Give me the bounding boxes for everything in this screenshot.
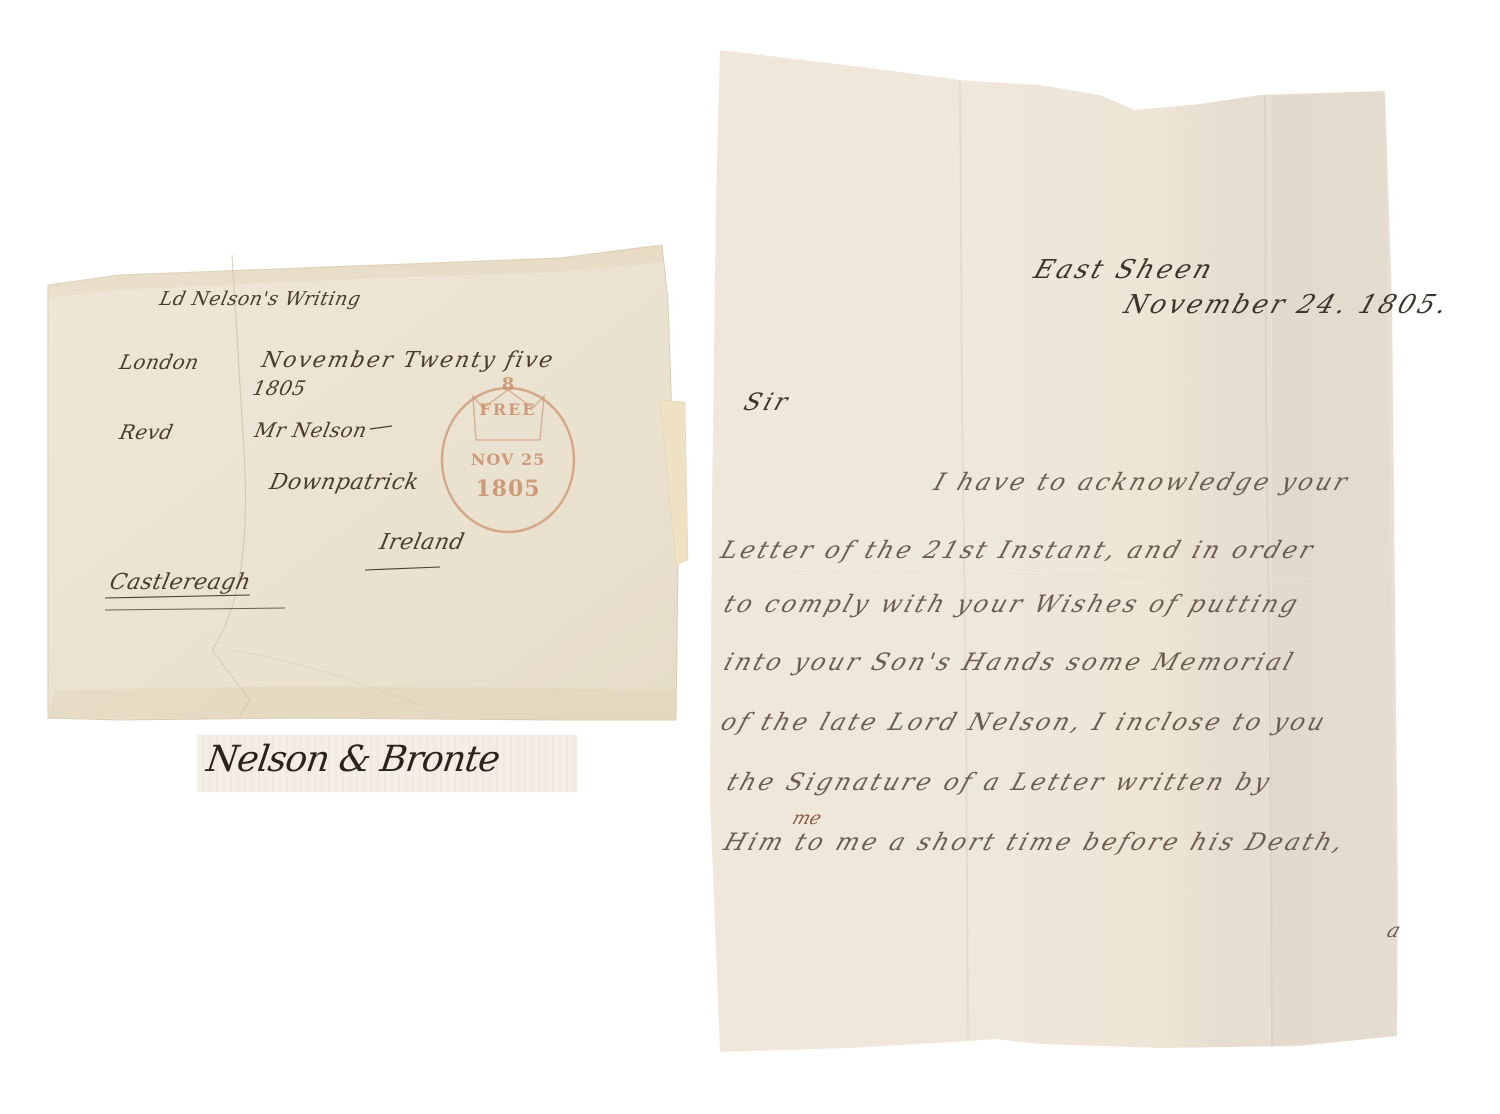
letter-line-3: to comply with your Wishes of putting bbox=[720, 590, 1304, 618]
nelson-signature: Nelson & Bronte bbox=[204, 739, 502, 780]
letter-date: November 24. 1805. bbox=[1120, 290, 1454, 320]
letter-catchword: a bbox=[1384, 918, 1404, 942]
addressee-town: Downpatrick bbox=[267, 470, 421, 495]
postmark-stamp: 8 FREE NOV 25 1805 bbox=[428, 368, 588, 543]
addressee-name: Mr Nelson bbox=[252, 418, 369, 442]
letter-paper bbox=[0, 0, 1500, 1114]
letter-insertion: me bbox=[790, 808, 825, 829]
letter: East Sheen November 24. 1805. Sir I have… bbox=[0, 0, 1500, 1114]
addressee-country: Ireland bbox=[377, 530, 466, 555]
envelope-paper bbox=[0, 0, 1500, 1114]
letter-line-4: into your Son's Hands some Memorial bbox=[720, 648, 1299, 676]
postmark-ring-icon bbox=[428, 368, 588, 543]
postmark-date: NOV 25 bbox=[428, 450, 588, 469]
addressee-prefix: Revd bbox=[117, 420, 175, 444]
postmark-year: 1805 bbox=[428, 476, 588, 502]
letter-line-7: Him to me a short time before his Death, bbox=[720, 828, 1349, 856]
envelope-header-note: Ld Nelson's Writing bbox=[158, 288, 363, 310]
letter-salutation: Sir bbox=[740, 388, 794, 416]
postmark-label: FREE bbox=[428, 400, 588, 419]
letter-place: East Sheen bbox=[1030, 255, 1218, 285]
letter-line-6: the Signature of a Letter written by bbox=[723, 768, 1276, 796]
envelope-year: 1805 bbox=[250, 376, 308, 400]
letter-line-5: of the late Lord Nelson, I inclose to yo… bbox=[717, 708, 1331, 736]
envelope: Ld Nelson's Writing London November Twen… bbox=[0, 0, 1500, 1114]
envelope-place: London bbox=[117, 350, 201, 374]
letter-line-1: I have to acknowledge your bbox=[930, 468, 1353, 496]
franker-signature: Castlereagh bbox=[107, 570, 253, 595]
letter-line-2: Letter of the 21st Instant, and in order bbox=[717, 536, 1319, 564]
envelope-date: November Twenty five bbox=[259, 348, 557, 373]
postmark-number: 8 bbox=[428, 374, 588, 395]
signature-slip: Nelson & Bronte bbox=[197, 735, 577, 792]
